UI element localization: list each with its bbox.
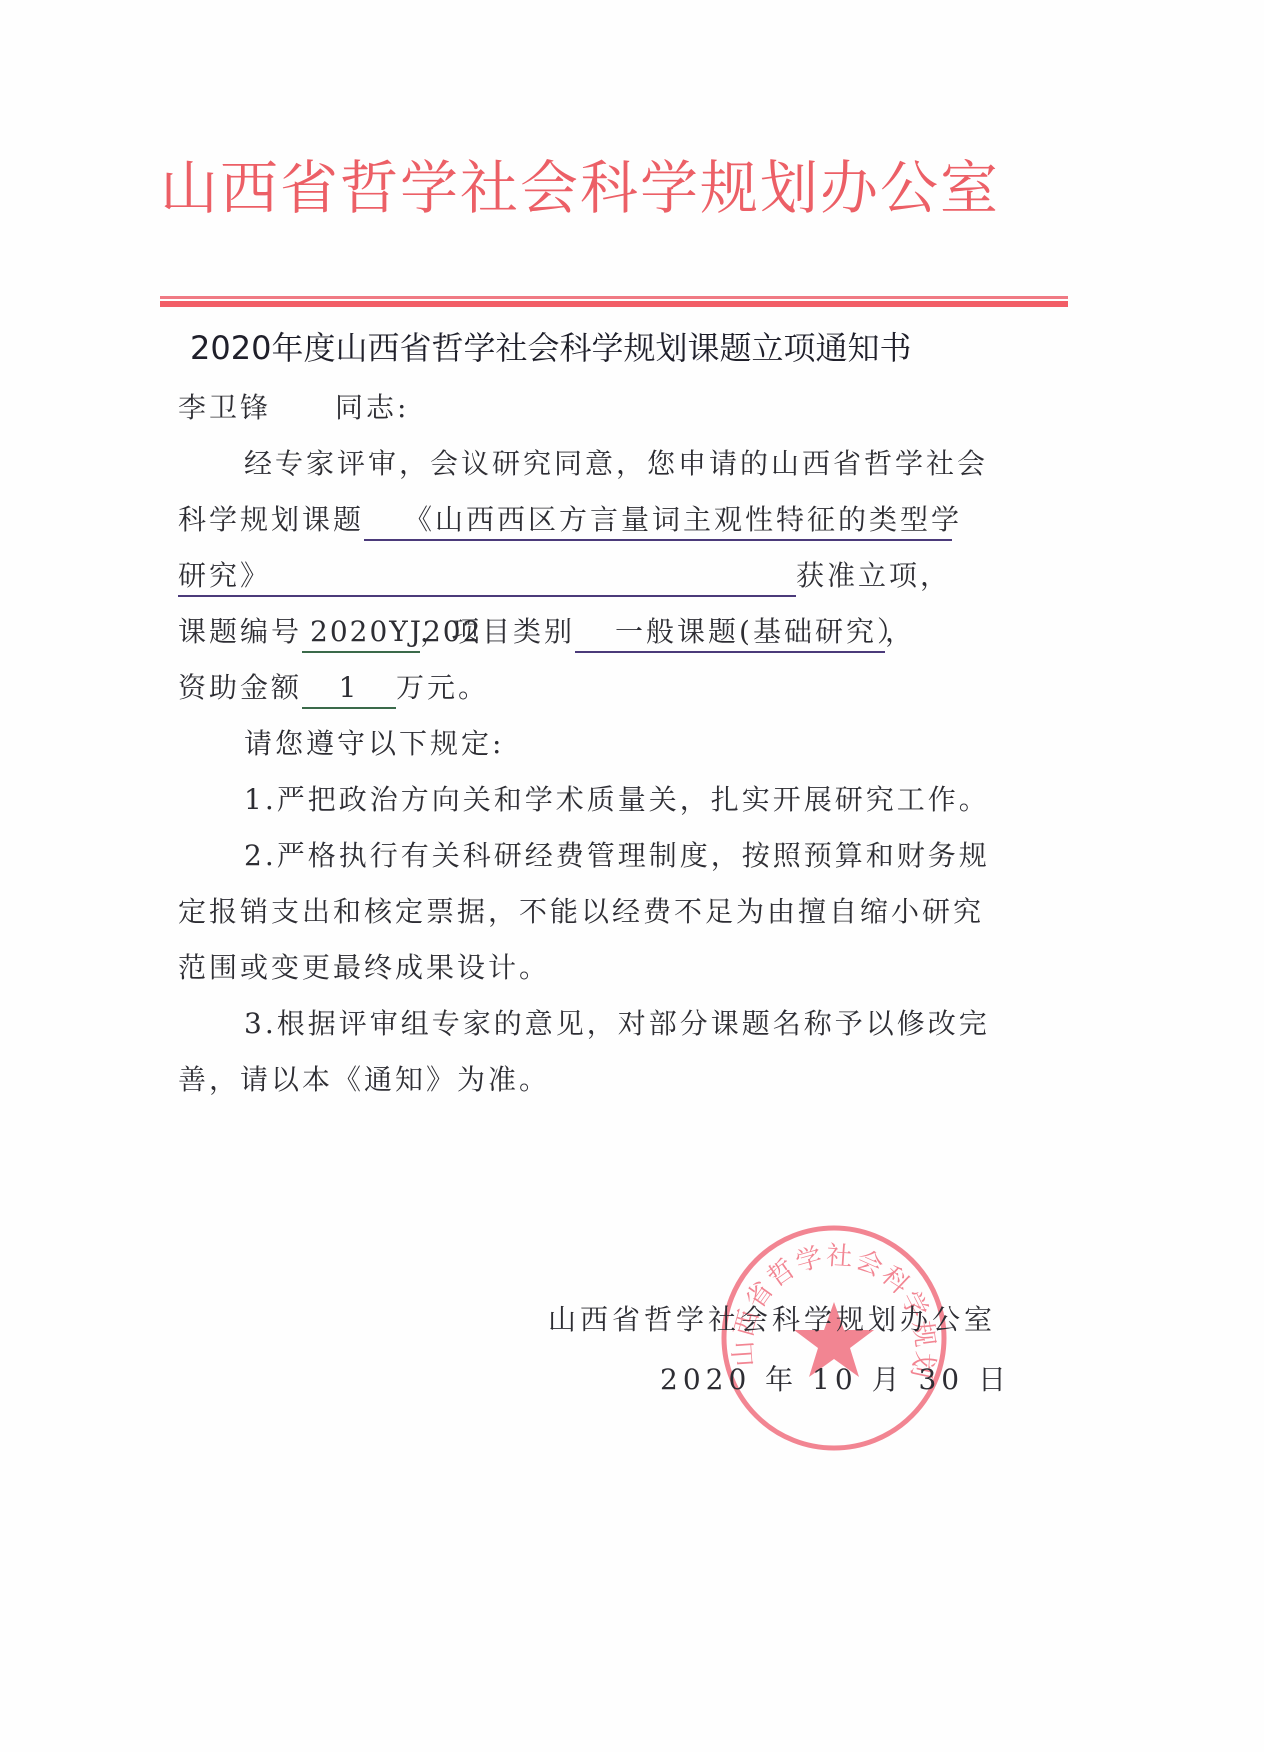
salutation: 李卫锋同志:	[178, 386, 409, 430]
project-no-label: 课题编号	[178, 615, 302, 648]
rule-2-line-2: 定报销支出和核定票据，不能以经费不足为由擅自缩小研究	[178, 890, 984, 934]
intro-prefix: 科学规划课题	[178, 503, 364, 536]
project-category: 一般课题(基础研究）	[575, 613, 885, 653]
signature-date: 2020 年 10 月 30 日	[660, 1358, 1011, 1402]
recipient-name: 李卫锋	[178, 391, 271, 424]
document-title: 2020年度山西省哲学社会科学规划课题立项通知书	[190, 320, 1090, 376]
salutation-suffix: 同志:	[335, 391, 409, 424]
letterhead-rule-thin	[160, 296, 1068, 299]
letterhead-issuer: 山西省哲学社会科学规划办公室	[160, 148, 1060, 228]
rules-intro: 请您遵守以下规定:	[244, 722, 504, 766]
intro-line-3: 研究》获准立项，	[178, 554, 951, 598]
project-title-part2: 研究》	[178, 557, 796, 597]
intro-line-1: 经专家评审，会议研究同意，您申请的山西省哲学社会	[244, 442, 988, 486]
project-title-part1: 《山西西区方言量词主观性特征的类型学	[364, 501, 952, 541]
project-info-line: 课题编号2020YJ202，项目类别一般课题(基础研究），	[178, 610, 916, 654]
rule-3-line-2: 善，请以本《通知》为准。	[178, 1058, 550, 1102]
approved-suffix: 获准立项，	[796, 559, 951, 592]
rule-2-line-1: 2.严格执行有关科研经费管理制度，按照预算和财务规	[244, 834, 990, 878]
funding-line: 资助金额1万元。	[178, 666, 489, 710]
rule-2-line-3: 范围或变更最终成果设计。	[178, 946, 550, 990]
letterhead-rule-thick	[160, 301, 1068, 307]
funding-unit: 万元。	[396, 671, 489, 704]
rule-1-line-1: 1.严把政治方向关和学术质量关，扎实开展研究工作。	[244, 778, 990, 822]
intro-line-2: 科学规划课题《山西西区方言量词主观性特征的类型学	[178, 498, 952, 542]
funding-amount: 1	[302, 669, 396, 709]
signature-issuer: 山西省哲学社会科学规划办公室	[548, 1298, 996, 1342]
category-label: ，项目类别	[420, 615, 575, 648]
funding-label: 资助金额	[178, 671, 302, 704]
project-no: 2020YJ202	[302, 613, 420, 653]
document-page: 山西省哲学社会科学规划办公室 2020年度山西省哲学社会科学规划课题立项通知书 …	[0, 0, 1264, 1752]
rule-3-line-1: 3.根据评审组专家的意见，对部分课题名称予以修改完	[244, 1002, 990, 1046]
category-suffix: ，	[885, 615, 916, 648]
